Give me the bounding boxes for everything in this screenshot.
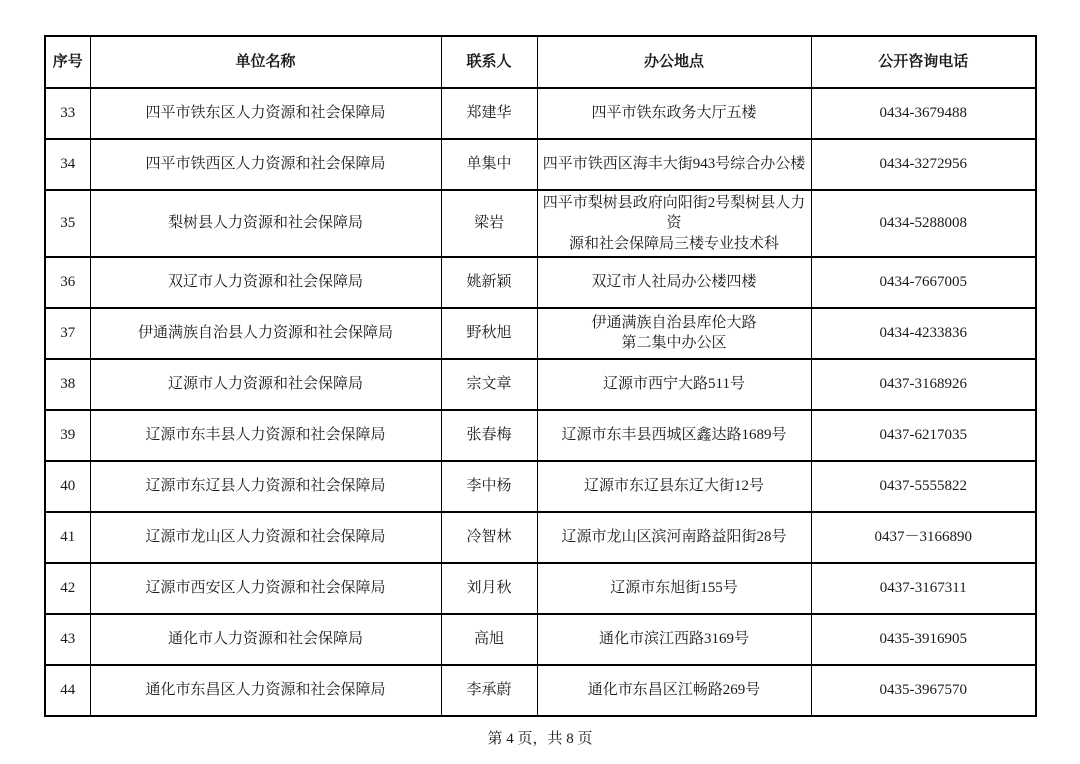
- table-row: 42 辽源市西安区人力资源和社会保障局 刘月秋 辽源市东旭街155号 0437-…: [45, 563, 1036, 614]
- table-row: 38 辽源市人力资源和社会保障局 宗文章 辽源市西宁大路511号 0437-31…: [45, 359, 1036, 410]
- cell-contact-name: 宗文章: [441, 359, 537, 410]
- cell-phone-number: 0434-5288008: [811, 190, 1036, 257]
- cell-contact-name: 姚新颖: [441, 257, 537, 308]
- table-row: 36 双辽市人力资源和社会保障局 姚新颖 双辽市人社局办公楼四楼 0434-76…: [45, 257, 1036, 308]
- cell-contact-name: 李中杨: [441, 461, 537, 512]
- table-row: 35 梨树县人力资源和社会保障局 梁岩 四平市梨树县政府向阳街2号梨树县人力资 …: [45, 190, 1036, 257]
- cell-phone-number: 0437-5555822: [811, 461, 1036, 512]
- cell-unit-name: 通化市人力资源和社会保障局: [90, 614, 441, 665]
- table-body: 33 四平市铁东区人力资源和社会保障局 郑建华 四平市铁东政务大厅五楼 0434…: [45, 88, 1036, 716]
- cell-row-number: 37: [45, 308, 90, 359]
- cell-phone-number: 0435-3916905: [811, 614, 1036, 665]
- cell-office-address: 辽源市西宁大路511号: [537, 359, 811, 410]
- cell-unit-name: 辽源市人力资源和社会保障局: [90, 359, 441, 410]
- cell-contact-name: 冷智林: [441, 512, 537, 563]
- cell-unit-name: 辽源市东丰县人力资源和社会保障局: [90, 410, 441, 461]
- cell-row-number: 36: [45, 257, 90, 308]
- cell-office-address: 辽源市东旭街155号: [537, 563, 811, 614]
- table-row: 43 通化市人力资源和社会保障局 高旭 通化市滨江西路3169号 0435-39…: [45, 614, 1036, 665]
- cell-phone-number: 0437-3167311: [811, 563, 1036, 614]
- cell-phone-number: 0437-6217035: [811, 410, 1036, 461]
- cell-unit-name: 四平市铁东区人力资源和社会保障局: [90, 88, 441, 139]
- page-number: 第 4 页，共 8 页: [0, 727, 1080, 748]
- cell-office-address: 四平市铁东政务大厅五楼: [537, 88, 811, 139]
- cell-phone-number: 0437－3166890: [811, 512, 1036, 563]
- cell-office-address: 伊通满族自治县库伦大路 第二集中办公区: [537, 308, 811, 359]
- cell-row-number: 44: [45, 665, 90, 716]
- table-row: 37 伊通满族自治县人力资源和社会保障局 野秋旭 伊通满族自治县库伦大路 第二集…: [45, 308, 1036, 359]
- table-row: 44 通化市东昌区人力资源和社会保障局 李承蔚 通化市东昌区江畅路269号 04…: [45, 665, 1036, 716]
- cell-row-number: 42: [45, 563, 90, 614]
- cell-row-number: 34: [45, 139, 90, 190]
- cell-office-address: 通化市滨江西路3169号: [537, 614, 811, 665]
- column-header-contact: 联系人: [441, 36, 537, 88]
- cell-office-address: 辽源市东辽县东辽大街12号: [537, 461, 811, 512]
- cell-unit-name: 梨树县人力资源和社会保障局: [90, 190, 441, 257]
- cell-row-number: 38: [45, 359, 90, 410]
- cell-unit-name: 伊通满族自治县人力资源和社会保障局: [90, 308, 441, 359]
- cell-row-number: 35: [45, 190, 90, 257]
- cell-unit-name: 双辽市人力资源和社会保障局: [90, 257, 441, 308]
- cell-contact-name: 单集中: [441, 139, 537, 190]
- cell-office-address: 辽源市龙山区滨河南路益阳街28号: [537, 512, 811, 563]
- contact-directory-table: 序号 单位名称 联系人 办公地点 公开咨询电话 33 四平市铁东区人力资源和社会…: [44, 35, 1037, 717]
- cell-unit-name: 通化市东昌区人力资源和社会保障局: [90, 665, 441, 716]
- column-header-no: 序号: [45, 36, 90, 88]
- cell-row-number: 39: [45, 410, 90, 461]
- cell-phone-number: 0434-3272956: [811, 139, 1036, 190]
- cell-phone-number: 0434-7667005: [811, 257, 1036, 308]
- cell-office-address: 辽源市东丰县西城区鑫达路1689号: [537, 410, 811, 461]
- cell-contact-name: 郑建华: [441, 88, 537, 139]
- cell-phone-number: 0434-4233836: [811, 308, 1036, 359]
- cell-contact-name: 高旭: [441, 614, 537, 665]
- cell-contact-name: 张春梅: [441, 410, 537, 461]
- cell-contact-name: 李承蔚: [441, 665, 537, 716]
- column-header-unit: 单位名称: [90, 36, 441, 88]
- cell-unit-name: 辽源市东辽县人力资源和社会保障局: [90, 461, 441, 512]
- cell-row-number: 41: [45, 512, 90, 563]
- cell-contact-name: 梁岩: [441, 190, 537, 257]
- cell-unit-name: 辽源市西安区人力资源和社会保障局: [90, 563, 441, 614]
- column-header-phone: 公开咨询电话: [811, 36, 1036, 88]
- column-header-address: 办公地点: [537, 36, 811, 88]
- cell-phone-number: 0437-3168926: [811, 359, 1036, 410]
- cell-office-address: 四平市铁西区海丰大街943号综合办公楼: [537, 139, 811, 190]
- cell-phone-number: 0435-3967570: [811, 665, 1036, 716]
- table-row: 34 四平市铁西区人力资源和社会保障局 单集中 四平市铁西区海丰大街943号综合…: [45, 139, 1036, 190]
- cell-office-address: 四平市梨树县政府向阳街2号梨树县人力资 源和社会保障局三楼专业技术科: [537, 190, 811, 257]
- cell-contact-name: 刘月秋: [441, 563, 537, 614]
- document-page: { "page": { "background": "#ffffff", "te…: [0, 0, 1080, 764]
- cell-row-number: 33: [45, 88, 90, 139]
- table-row: 41 辽源市龙山区人力资源和社会保障局 冷智林 辽源市龙山区滨河南路益阳街28号…: [45, 512, 1036, 563]
- cell-row-number: 40: [45, 461, 90, 512]
- table-row: 40 辽源市东辽县人力资源和社会保障局 李中杨 辽源市东辽县东辽大街12号 04…: [45, 461, 1036, 512]
- table-header-row: 序号 单位名称 联系人 办公地点 公开咨询电话: [45, 36, 1036, 88]
- cell-office-address: 通化市东昌区江畅路269号: [537, 665, 811, 716]
- table-row: 33 四平市铁东区人力资源和社会保障局 郑建华 四平市铁东政务大厅五楼 0434…: [45, 88, 1036, 139]
- cell-unit-name: 辽源市龙山区人力资源和社会保障局: [90, 512, 441, 563]
- table-row: 39 辽源市东丰县人力资源和社会保障局 张春梅 辽源市东丰县西城区鑫达路1689…: [45, 410, 1036, 461]
- cell-phone-number: 0434-3679488: [811, 88, 1036, 139]
- cell-row-number: 43: [45, 614, 90, 665]
- page: 序号 单位名称 联系人 办公地点 公开咨询电话 33 四平市铁东区人力资源和社会…: [0, 0, 1080, 764]
- cell-contact-name: 野秋旭: [441, 308, 537, 359]
- cell-unit-name: 四平市铁西区人力资源和社会保障局: [90, 139, 441, 190]
- cell-office-address: 双辽市人社局办公楼四楼: [537, 257, 811, 308]
